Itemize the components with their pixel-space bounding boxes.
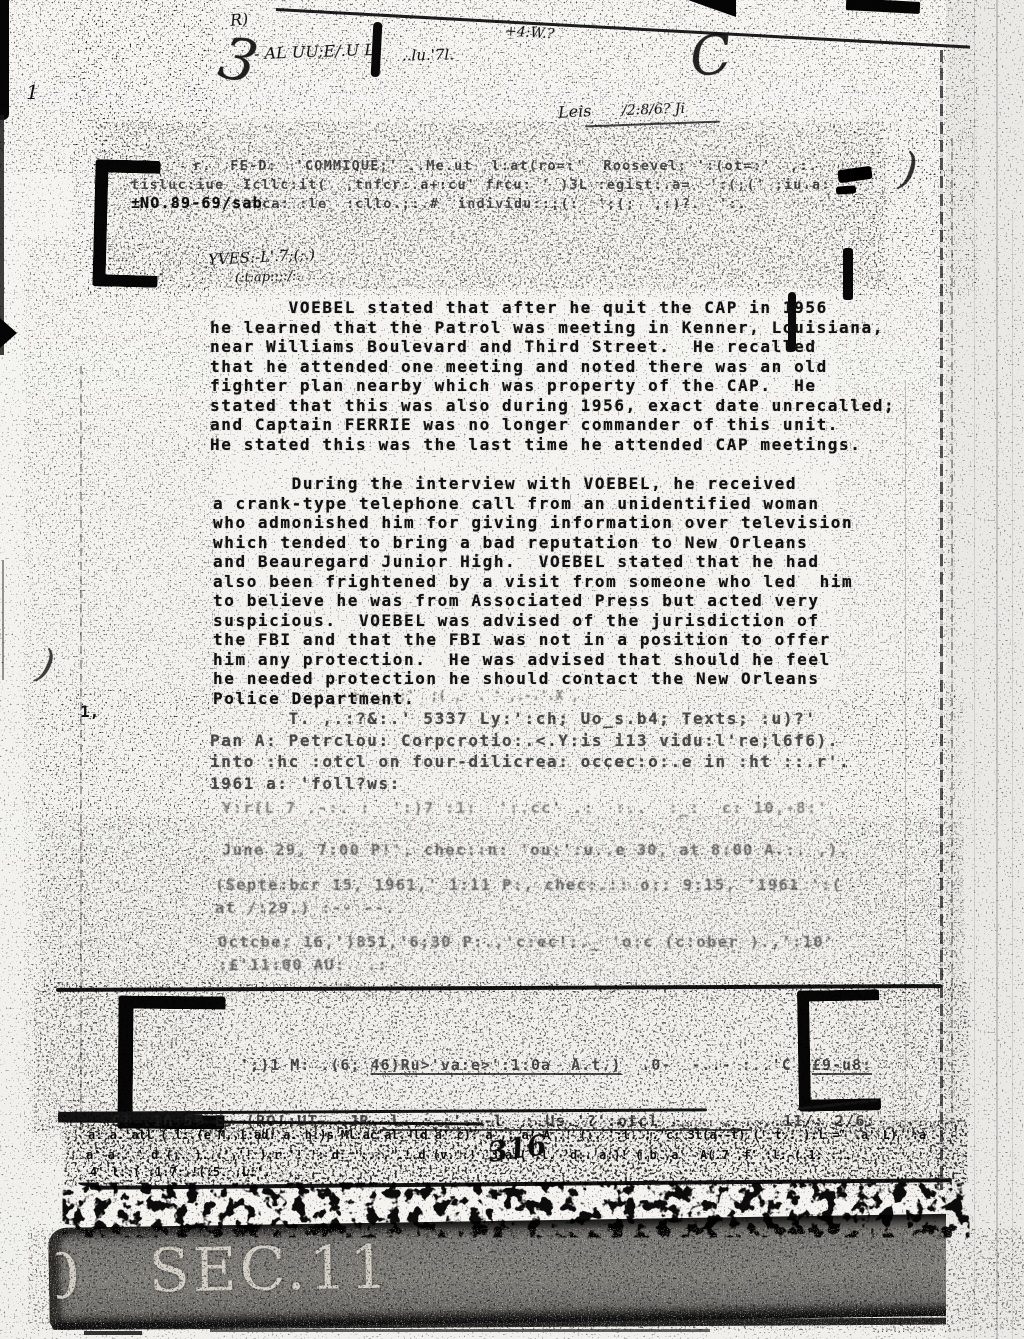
garble-a-1: ';)1 M: .(6; [240,1056,370,1074]
margin-paren-mark: ) [33,641,59,689]
bottom-garble-line-a: ';)1 M: .(6; 46)Ru>'va:e>':1:0a A.t.) .0… [200,1038,872,1092]
vertical-edge-line-1 [974,0,975,1339]
mid-right-crease [905,380,906,1130]
garble-a-3: .0- -..- :..'C [621,1056,812,1074]
registration-june: June 29, 7:00 P!', chec::n: 'ou:':u..e 3… [222,841,849,859]
vertical-edge-line-2 [996,0,998,1339]
noise-band-row-3: 4' l:.( :1.7:.!(:5. ,L:'. [90,1165,271,1179]
sec-partial-zero: 0 [48,1240,81,1314]
left-edge-black-sliver [0,0,9,120]
header-right-bar [843,248,853,300]
file-number-line: ±NO.89-69/sab [131,193,263,212]
file-number: NO.89-69/sab [140,194,263,212]
scribble-ink-bar [371,22,383,77]
margin-item-number: 1, [80,702,99,721]
scribble-date: /2:8/6? Ji [622,101,685,119]
bottom-left-dash [84,1331,142,1335]
registration-september: (Septe:bcr 15, 1961,' 1:11 P:, chec:.:: … [215,874,842,919]
registration-march: Y:r(L 7 .-:. : ':)7 :1: ':.cc' .: :.. :_… [222,799,828,817]
scribble-yves-2: (:t:ap::;:/:. [235,269,301,286]
noise-band-row-2b: A(.7 ,f' :l:-(.1: :'. [700,1148,852,1162]
scribble-top-3: +4:W.? [505,23,555,42]
vertical-fold-line-2 [951,138,953,1138]
file-number-prefix: ± [131,194,140,212]
paragraph-voebel-interview: During the interview with VOEBEL, he rec… [213,474,853,708]
header-garble-line-2: tisluc:iue Icllc:it( ,tnfcr:.a+:cu' frcu… [131,177,831,193]
sec-band: 0 SEC.11 [48,1212,1024,1330]
vertical-fold-line-strong [940,50,943,1190]
header-garble-line-1: r. FE-D: 'COMMIQUE;' ..Me.ut l:at(ro=:' … [193,158,818,174]
vertical-edge-line-3 [1012,210,1013,1339]
scanned-document-page: 0 SEC.11 R) 3 - AL UU;E/.U L. ..lu.'7l. … [0,0,1024,1339]
header-garble-line-3: ca: :le :cllo.;:.# individu::;(: ';(; ,:… [262,196,747,212]
garble-a-4: £9-u8: [812,1056,872,1074]
bottom-right-tiny-text: :,..-:,:--.::-. .:-- [872,1326,961,1334]
scribble-paren-right: ) [897,143,921,196]
scribble-loop-c: C [687,22,735,89]
scribble-lew: Leis [558,101,592,122]
scribble-top-1: - AL UU;E/.U L. [254,40,381,63]
noise-band-row-2: a' a:. ' d (;. )..:','! ):r.'! ': d: ':.… [86,1148,686,1162]
left-edge-faint [2,560,4,680]
top-black-wedge [688,0,736,17]
paragraph-2-trailing-garble: :: , .;' ;( , . ' ,.-.'.X , [352,689,579,704]
sec-label: SEC.11 [148,1233,391,1307]
scribble-top-2: ..lu.'7l. [402,46,454,65]
left-edge-wedge [0,318,17,348]
bottom-smear-line-2 [210,1329,710,1332]
garble-a-2: 46)Ru>'va:e>':1:0a A.t.) [371,1056,622,1074]
left-margin-crease [80,366,82,1138]
scribble-yves: YVES:-L'.7;(;.) [208,245,316,269]
header-right-blob-2 [836,185,857,194]
header-right-blob-1 [837,166,872,184]
paragraph-voebel-cap: VOEBEL stated that after he quit the CAP… [210,298,895,454]
scribble-one: 1 [26,80,39,104]
noise-band-row-1: a: a.'all ( l:.(e M.,l:ad: a. h:)s Ml:ac… [88,1128,926,1142]
registration-october: Octcbe: 16,')851,'6;30 P:.,'c:ec!:._ 'o:… [218,931,835,977]
top-black-bar [846,0,921,14]
paragraph-hotel-registration: T. ,.:?&:.' 5337 Ly:':ch; Uo_s.b4; Texts… [210,708,850,794]
lew-underline [585,121,720,128]
